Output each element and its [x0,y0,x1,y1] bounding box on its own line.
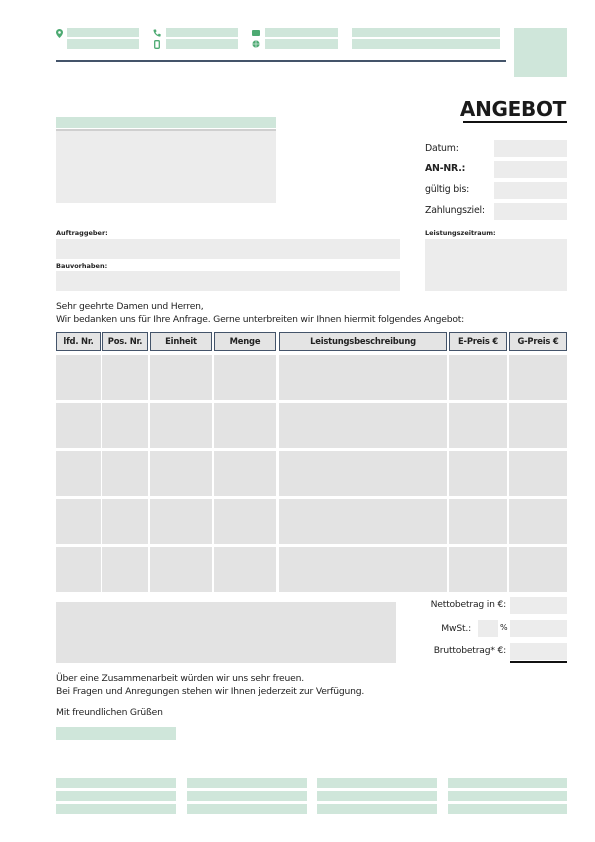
footer-info-field[interactable] [317,778,437,788]
logo-placeholder[interactable] [514,28,567,77]
datum-label: Datum: [425,143,459,154]
footer-info-field[interactable] [317,791,437,801]
column-header-e-preis: E-Preis € [449,332,507,351]
signature-field[interactable] [56,727,176,740]
auftraggeber-label: Auftraggeber: [56,229,108,237]
mwst-rate-field[interactable] [478,620,498,637]
datum-field[interactable] [494,140,567,157]
column-header-lfd-nr: lfd. Nr. [56,332,101,351]
cell-pos-nr[interactable] [102,355,148,400]
brutto-underline [510,661,567,663]
leistungszeitraum-label: Leistungszeitraum: [425,229,496,237]
netto-field[interactable] [510,597,567,614]
gueltig-bis-label: gültig bis: [425,184,469,195]
website-field[interactable] [265,39,338,49]
cell-pos-nr[interactable] [102,451,148,496]
cell-e-preis[interactable] [449,355,507,400]
cell-menge[interactable] [214,547,276,592]
cell-pos-nr[interactable] [102,499,148,544]
cell-lfd-nr[interactable] [56,547,101,592]
footer-info-field[interactable] [56,778,176,788]
cell-leistungsbeschreibung[interactable] [279,547,447,592]
brutto-label: Bruttobetrag* €: [434,645,506,656]
footer-info-field[interactable] [187,804,307,814]
mwst-amount-field[interactable] [510,620,567,637]
column-header-g-preis: G-Preis € [509,332,567,351]
mobile-phone-icon [154,40,160,51]
cell-lfd-nr[interactable] [56,403,101,448]
mwst-label: MwSt.: [441,623,471,634]
percent-sign: % [500,623,507,632]
cell-g-preis[interactable] [509,403,567,448]
phone-icon [153,29,161,39]
closing-line-2: Bei Fragen und Anregungen stehen wir Ihn… [56,686,364,697]
extra-info-line-2-field[interactable] [352,39,500,49]
address-line-1-field[interactable] [67,28,139,37]
leistungszeitraum-field[interactable] [425,239,567,291]
cell-menge[interactable] [214,403,276,448]
zahlungsziel-field[interactable] [494,203,567,220]
cell-leistungsbeschreibung[interactable] [279,499,447,544]
cell-g-preis[interactable] [509,547,567,592]
auftraggeber-field[interactable] [56,239,400,259]
cell-e-preis[interactable] [449,451,507,496]
an-nr-label: AN-NR.: [425,163,465,174]
gueltig-bis-field[interactable] [494,182,567,199]
title-underline [463,121,567,123]
cell-leistungsbeschreibung[interactable] [279,451,447,496]
address-line-2-field[interactable] [67,39,139,49]
document-title: ANGEBOT [460,97,566,121]
bauvorhaben-label: Bauvorhaben: [56,262,107,270]
mobile-field[interactable] [166,39,238,49]
cell-e-preis[interactable] [449,499,507,544]
cell-e-preis[interactable] [449,547,507,592]
cell-leistungsbeschreibung[interactable] [279,355,447,400]
greeting-text: Mit freundlichen Grüßen [56,707,163,718]
cell-einheit[interactable] [150,355,212,400]
cell-pos-nr[interactable] [102,547,148,592]
footer-info-field[interactable] [448,791,567,801]
cell-einheit[interactable] [150,499,212,544]
cell-g-preis[interactable] [509,451,567,496]
phone-field[interactable] [166,28,238,37]
cell-g-preis[interactable] [509,499,567,544]
cell-menge[interactable] [214,451,276,496]
intro-text: Wir bedanken uns für Ihre Anfrage. Gerne… [56,314,464,325]
cell-menge[interactable] [214,355,276,400]
cell-leistungsbeschreibung[interactable] [279,403,447,448]
cell-pos-nr[interactable] [102,403,148,448]
column-header-leistungsbeschreibung: Leistungsbeschreibung [279,332,447,351]
globe-icon [252,40,260,50]
footer-info-field[interactable] [448,804,567,814]
cell-einheit[interactable] [150,403,212,448]
recipient-address-field[interactable] [56,131,276,203]
column-header-pos-nr: Pos. Nr. [102,332,148,351]
closing-line-1: Über eine Zusammenarbeit würden wir uns … [56,673,304,684]
salutation-text: Sehr geehrte Damen und Herren, [56,301,204,312]
email-icon [252,30,260,38]
footer-info-field[interactable] [187,791,307,801]
brutto-field[interactable] [510,643,567,660]
column-header-einheit: Einheit [150,332,212,351]
sender-line-field[interactable] [56,117,276,128]
cell-lfd-nr[interactable] [56,451,101,496]
cell-einheit[interactable] [150,451,212,496]
zahlungsziel-label: Zahlungsziel: [425,205,485,216]
cell-menge[interactable] [214,499,276,544]
cell-lfd-nr[interactable] [56,355,101,400]
an-nr-field[interactable] [494,161,567,178]
extra-info-line-1-field[interactable] [352,28,500,37]
cell-einheit[interactable] [150,547,212,592]
cell-e-preis[interactable] [449,403,507,448]
footer-info-field[interactable] [317,804,437,814]
footer-info-field[interactable] [187,778,307,788]
cell-lfd-nr[interactable] [56,499,101,544]
header-rule [56,60,506,62]
email-field[interactable] [265,28,338,37]
bauvorhaben-field[interactable] [56,271,400,291]
footer-info-field[interactable] [56,791,176,801]
notes-field[interactable] [56,602,396,663]
netto-label: Nettobetrag in €: [431,599,506,610]
footer-info-field[interactable] [448,778,567,788]
cell-g-preis[interactable] [509,355,567,400]
footer-info-field[interactable] [56,804,176,814]
location-pin-icon [56,29,63,40]
column-header-menge: Menge [214,332,276,351]
